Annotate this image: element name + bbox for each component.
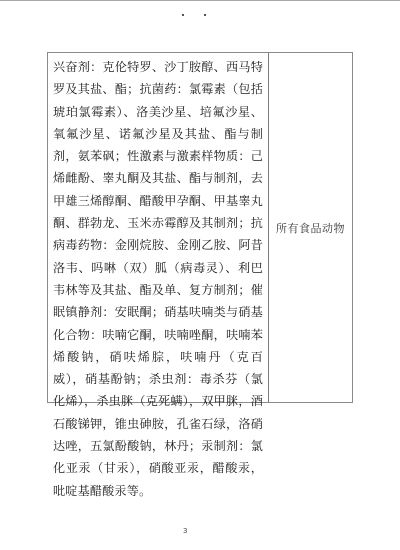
- applicable-animals-text: 所有食品动物: [276, 220, 345, 236]
- page-top-edge: [0, 0, 400, 1]
- page-number: 3: [183, 527, 187, 535]
- substances-cell: 兴奋剂：克伦特罗、沙丁胺醇、西马特罗及其盐、酯；抗菌药：氯霉素（包括琥珀氯霉素）…: [48, 53, 269, 402]
- prohibited-substances-table: 兴奋剂：克伦特罗、沙丁胺醇、西马特罗及其盐、酯；抗菌药：氯霉素（包括琥珀氯霉素）…: [47, 52, 353, 403]
- header-mark: [182, 14, 184, 16]
- applicable-animals-cell: 所有食品动物: [269, 53, 352, 402]
- page-header-marks: [0, 12, 400, 20]
- header-mark: [204, 14, 206, 16]
- substances-text: 兴奋剂：克伦特罗、沙丁胺醇、西马特罗及其盐、酯；抗菌药：氯霉素（包括琥珀氯霉素）…: [53, 56, 263, 502]
